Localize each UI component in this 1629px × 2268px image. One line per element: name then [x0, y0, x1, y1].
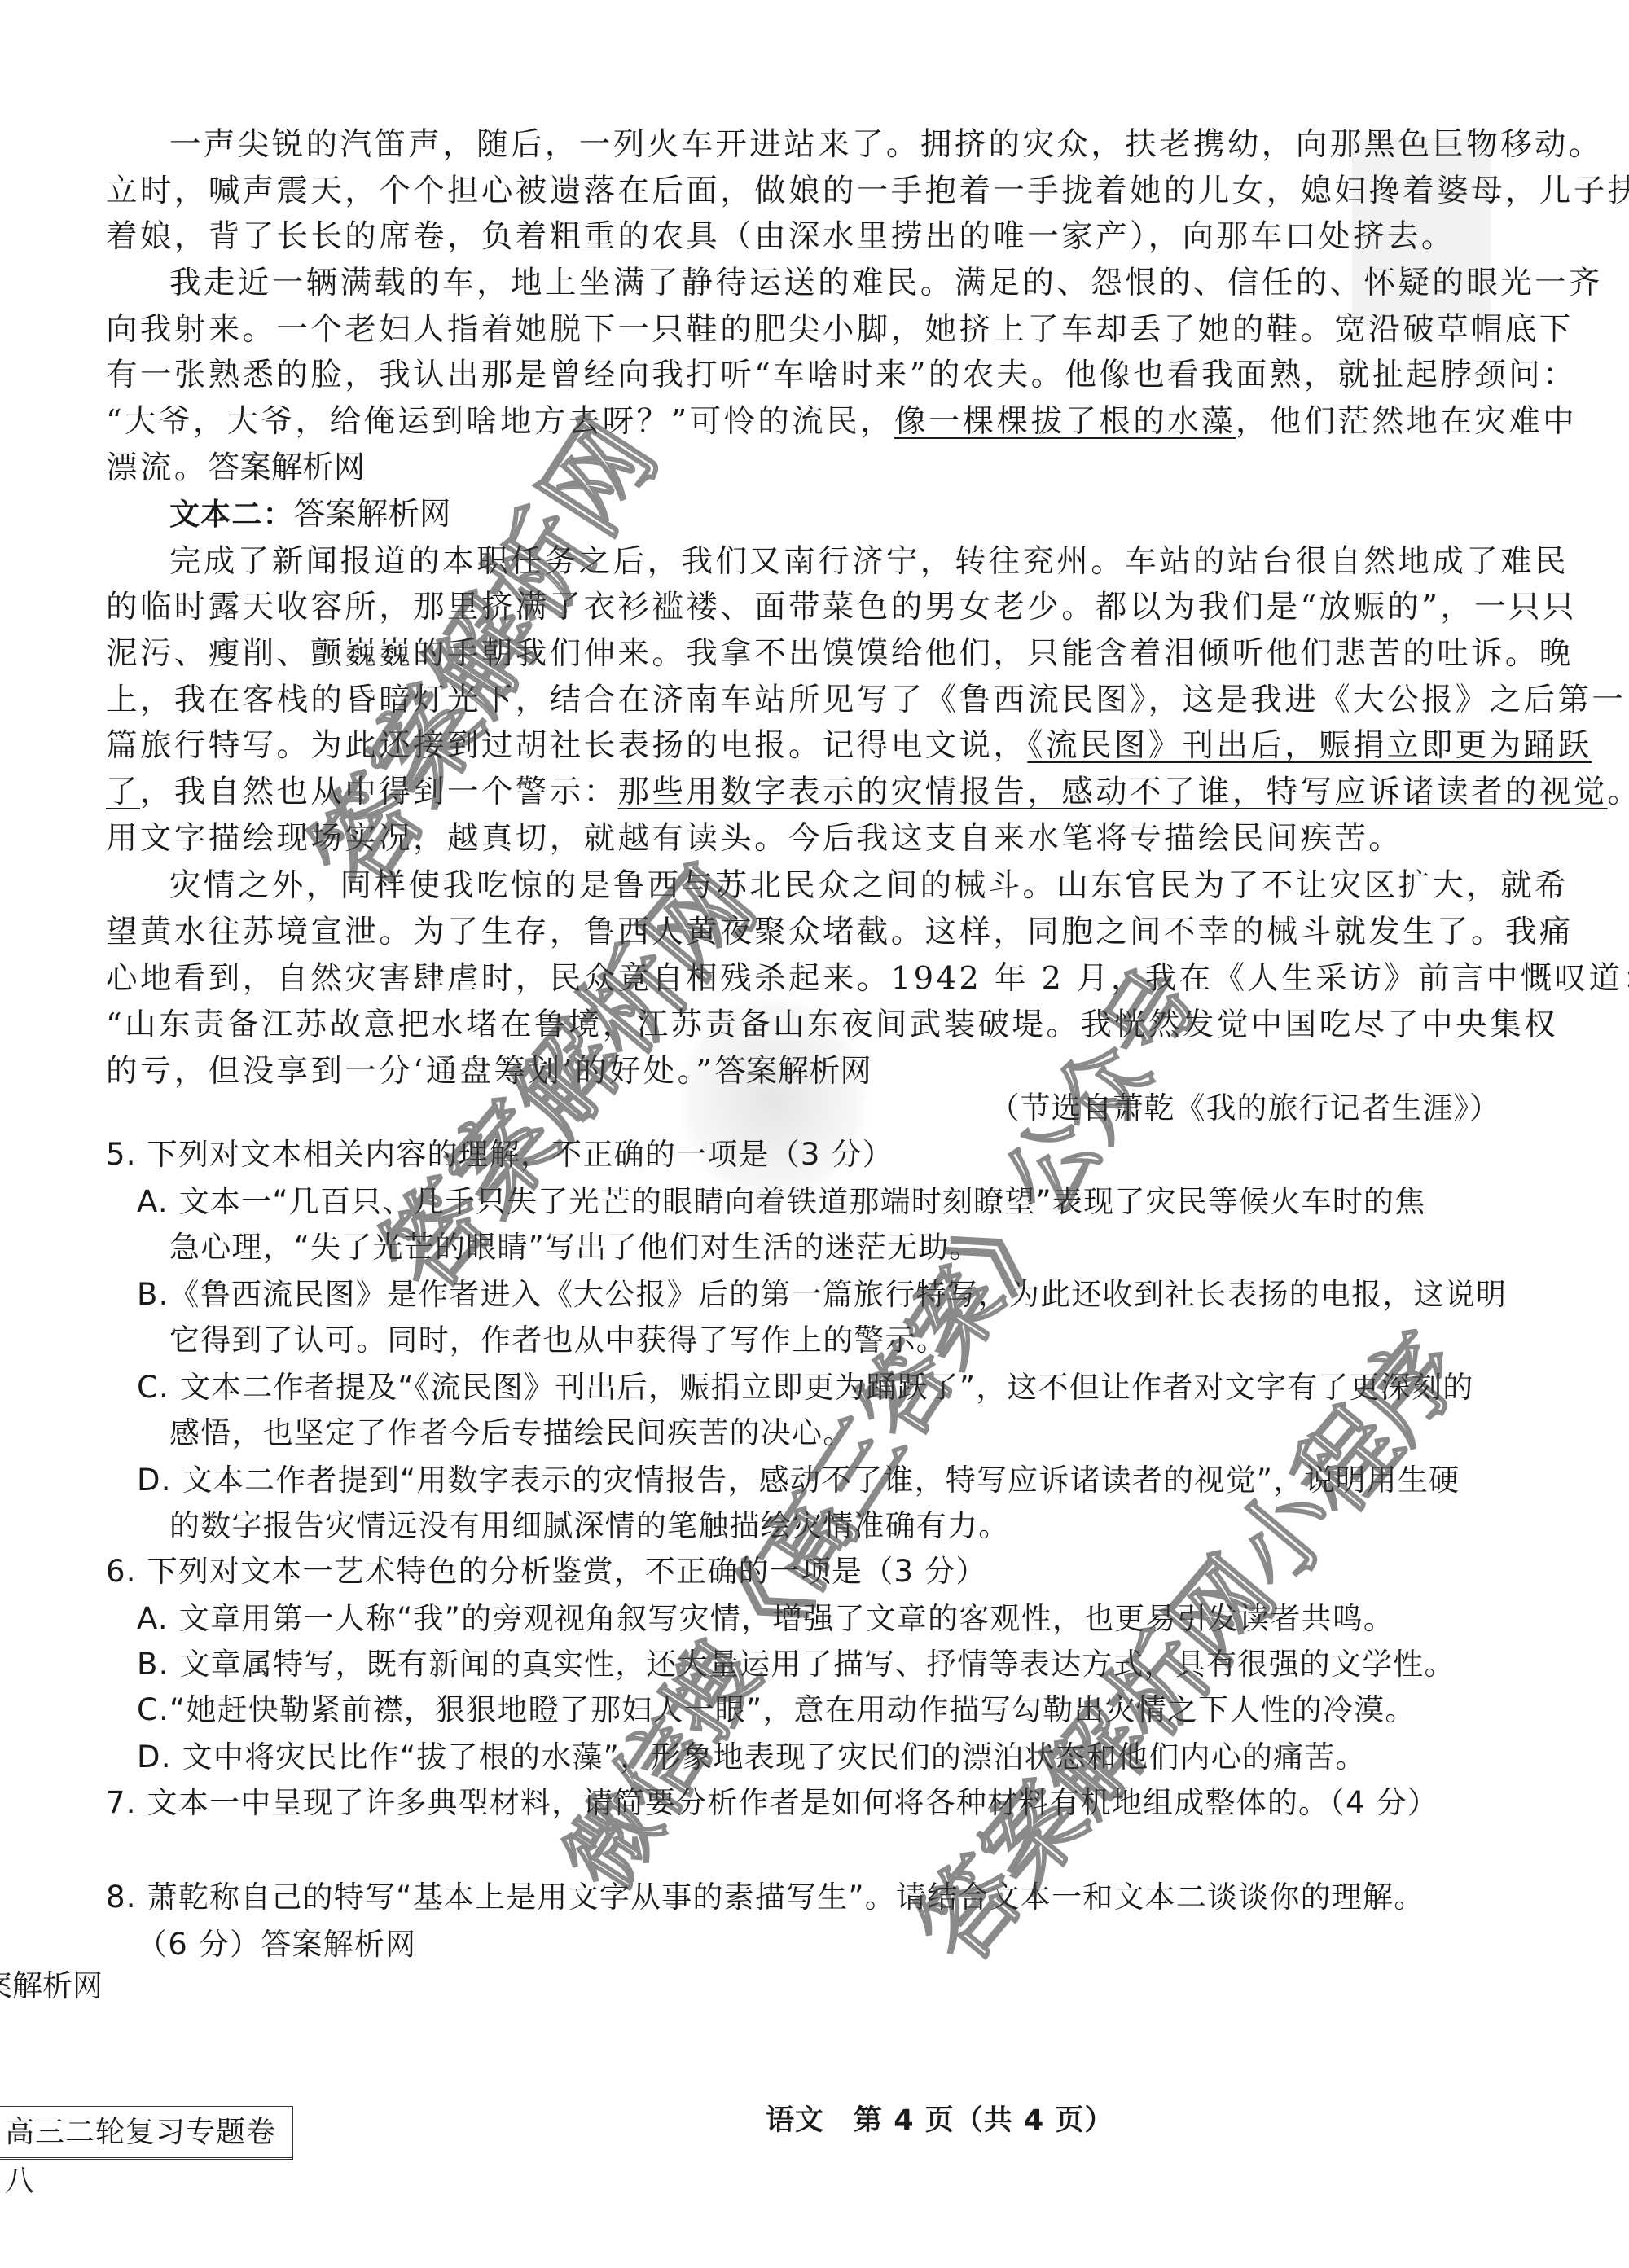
- text2-p3-line: 泥污、瘦削、颤巍巍的手朝我们伸来。我拿不出馍馍给他们，只能含着泪倾听他们悲苦的吐…: [106, 634, 1500, 674]
- text2-p3-line: 了，我自然也从中得到一个警示：那些用数字表示的灾情报告，感动不了谁，特写应诉诸读…: [106, 772, 1500, 813]
- text2-p4-line: 望黄水往苏境宣泄。为了生存，鲁西人黄夜聚众堵截。这样，同胞之间不幸的械斗就发生了…: [106, 912, 1500, 953]
- period: 。: [1608, 774, 1629, 810]
- footer-page-info: 语文第 4 页（共 4 页）: [766, 2103, 1113, 2139]
- text2-p3-line: 上，我在客栈的昏暗灯光下，结合在济南车站所见写了《鲁西流民图》，这是我进《大公报…: [106, 680, 1500, 721]
- text2-p4-line: “山东责备江苏故意把水堵在鲁境，江苏责备山东夜间武装破堤。我恍然发觉中国吃尽了中…: [106, 1005, 1500, 1046]
- text2-p4-line: 心地看到，自然灾害肆虐时，民众竟自相残杀起来。1942 年 2 月，我在《人生采…: [106, 959, 1500, 999]
- q5-option-d-cont: 的数字报告灾情远没有用细腻深情的笔触描绘灾情准确有力。: [169, 1506, 1500, 1546]
- text1-p1-line: 着娘，背了长长的席卷，负着粗重的农具（由深水里捞出的唯一家产），向那车口处挤去。: [106, 217, 1500, 257]
- q8-points-label: （6 分）: [137, 1927, 261, 1962]
- text1-p2-line4-tail: ，他们茫然地在灾难中: [1236, 403, 1577, 440]
- q6-option-b: B. 文章属特写，既有新闻的真实性，还大量运用了描写、抒情等表达方式，具有很强的…: [137, 1644, 1500, 1685]
- edge-watermark: 案解析网: [0, 1966, 103, 2007]
- question-8-stem: 8. 萧乾称自己的特写“基本上是用文字从事的素描写生”。请结合文本一和文本二谈谈…: [106, 1877, 1500, 1918]
- text1-p2-line: 我走近一辆满载的车，地上坐满了静待运送的难民。满足的、怨恨的、信任的、怀疑的眼光…: [169, 263, 1500, 304]
- question-6-stem: 6. 下列对文本一艺术特色的分析鉴赏，不正确的一项是（3 分）: [106, 1551, 1500, 1592]
- q5-option-c: C. 文本二作者提及“《流民图》刊出后，赈捐立即更为踊跃了”，这不但让作者对文字…: [137, 1367, 1500, 1408]
- text1-p2-line: 漂流。答案解析网: [106, 448, 1500, 489]
- text2-heading: 文本二：答案解析网: [169, 494, 1500, 535]
- text2-p3-line: 的临时露天收容所，那里挤满了衣衫褴褛、面带菜色的男女老少。都以为我们是“放赈的”…: [106, 587, 1500, 628]
- question-7-stem: 7. 文本一中呈现了许多典型材料，请简要分析作者是如何将各种材料有机地组成整体的…: [106, 1783, 1500, 1823]
- text2-p4-line: 灾情之外，同样使我吃惊的是鲁西与苏北民众之间的械斗。山东官民为了不让灾区扩大，就…: [169, 866, 1500, 906]
- text2-p3-line5-head: 篇旅行特写。为此还接到过胡社长表扬的电报。记得电文说，: [106, 727, 1027, 764]
- text2-p3-line: 篇旅行特写。为此还接到过胡社长表扬的电报。记得电文说，《流民图》刊出后，赈捐立即…: [106, 726, 1500, 766]
- text2-heading-label: 文本二：: [169, 497, 294, 532]
- underlined-phrase: 《流民图》刊出后，赈捐立即更为踊跃: [1027, 727, 1592, 764]
- text2-p3-line6-mid: ，我自然也从中得到一个警示：: [140, 774, 618, 810]
- text2-p4-line5: 的亏，但没享到一分‘通盘筹划’的好处。”: [106, 1053, 714, 1090]
- text1-p2-line4-head: “大爷，大爷，给俺运到啥地方去呀？”可怜的流民，: [106, 403, 894, 440]
- inline-watermark: 答案解析网: [714, 1053, 872, 1090]
- inline-watermark: 答案解析网: [261, 1927, 416, 1962]
- text1-p2-line: “大爷，大爷，给俺运到啥地方去呀？”可怜的流民，像一棵棵拔了根的水藻，他们茫然地…: [106, 401, 1500, 442]
- text2-p4-line: 的亏，但没享到一分‘通盘筹划’的好处。”答案解析网: [106, 1051, 1500, 1092]
- text1-p1-line: 一声尖锐的汽笛声，随后，一列火车开进站来了。拥挤的灾众，扶老携幼，向那黑色巨物移…: [169, 125, 1500, 165]
- underlined-phrase: 了: [106, 774, 140, 810]
- q5-option-a: A. 文本一“几百只、几千只失了光芒的眼睛向着铁道那端时刻瞭望”表现了灾民等候火…: [137, 1182, 1500, 1222]
- text2-p3-line: 用文字描绘现场实况，越真切，就越有读头。今后我这支自来水笔将专描绘民间疾苦。: [106, 818, 1500, 859]
- q5-option-a-cont: 急心理，“失了光芒的眼睛”写出了他们对生活的迷茫无助。: [169, 1227, 1500, 1268]
- question-8-points: （6 分）答案解析网: [137, 1924, 1500, 1965]
- text1-p1-line: 立时，喊声震天，个个担心被遗落在后面，做娘的一手抱着一手拢着她的儿女，媳妇搀着婆…: [106, 171, 1500, 212]
- q6-option-d: D. 文中将灾民比作“拔了根的水藻”，形象地表现了灾民们的漂泊状态和他们内心的痛…: [137, 1737, 1500, 1778]
- q6-option-c: C.“她赶快勒紧前襟，狠狠地瞪了那妇人一眼”，意在用动作描写勾勒出灾情之下人性的…: [137, 1690, 1500, 1731]
- inline-watermark: 答案解析网: [209, 450, 366, 486]
- q5-option-b: B.《鲁西流民图》是作者进入《大公报》后的第一篇旅行特写，为此还收到社长表扬的电…: [137, 1274, 1500, 1315]
- q5-option-c-cont: 感悟，也坚定了作者今后专描绘民间疾苦的决心。: [169, 1413, 1500, 1454]
- footer-subject: 语文: [766, 2104, 824, 2137]
- underlined-warning: 那些用数字表示的灾情报告，感动不了谁，特写应诉诸读者的视觉: [618, 774, 1608, 810]
- source-citation: （节选自萧乾《我的旅行记者生涯》）: [990, 1088, 1501, 1129]
- footer-series-label: 高三二轮复习专题卷八: [0, 2106, 293, 2160]
- footer-page-number: 第 4 页（共 4 页）: [854, 2104, 1113, 2137]
- q6-option-a: A. 文章用第一人称“我”的旁观视角叙写灾情，增强了文章的客观性，也更易引发读者…: [137, 1599, 1500, 1639]
- text1-p2-line: 有一张熟悉的脸，我认出那是曾经向我打听“车啥时来”的农夫。他像也看我面熟，就扯起…: [106, 355, 1500, 396]
- exam-page: 一声尖锐的汽笛声，随后，一列火车开进站来了。拥挤的灾众，扶老携幼，向那黑色巨物移…: [0, 0, 1629, 2268]
- q5-option-d: D. 文本二作者提到“用数字表示的灾情报告，感动不了谁，特写应诉诸读者的视觉”，…: [137, 1460, 1500, 1501]
- text2-p3-line: 完成了新闻报道的本职任务之后，我们又南行济宁，转往兖州。车站的站台很自然地成了难…: [169, 542, 1500, 582]
- inline-watermark: 答案解析网: [294, 496, 451, 533]
- text1-p2-line5: 漂流。: [106, 450, 209, 486]
- underlined-simile: 像一棵棵拔了根的水藻: [894, 403, 1236, 440]
- text1-p2-line: 向我射来。一个老妇人指着她脱下一只鞋的肥尖小脚，她挤上了车却丢了她的鞋。宽沿破草…: [106, 309, 1500, 350]
- question-5-stem: 5. 下列对文本相关内容的理解，不正确的一项是（3 分）: [106, 1134, 1500, 1175]
- q5-option-b-cont: 它得到了认可。同时，作者也从中获得了写作上的警示。: [169, 1320, 1500, 1361]
